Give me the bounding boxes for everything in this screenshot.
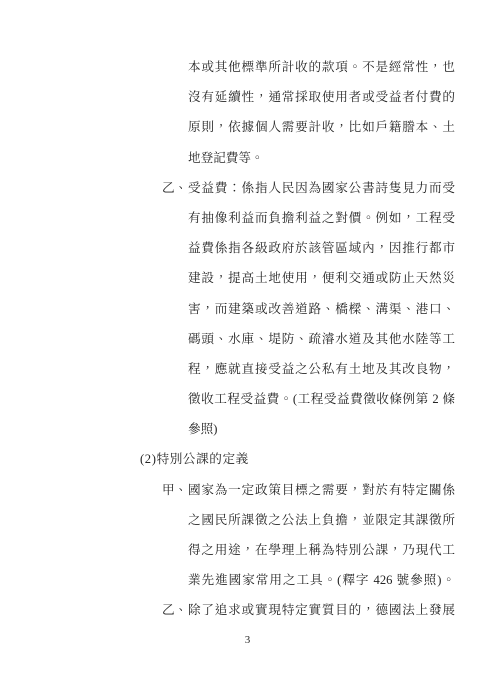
section-title: 特別公課的定義 — [157, 452, 249, 466]
paragraph-line: 徵收工程受益費。(工程受益費徵收條例第 2 條 — [188, 384, 455, 414]
list-item-jia-special-levy: 甲、 國家為一定政策目標之需要，對於有特定關係 — [162, 475, 470, 505]
paragraph-line: 得之用途，在學理上稱為特別公課，乃現代工 — [188, 535, 455, 565]
paragraph-line: 地登記費等。 — [188, 143, 455, 173]
list-item-text: 受益費：係指人民因為國家公書詩隻見力而受 — [188, 173, 455, 203]
list-item-yi-german-law: 乙、 除了追求或實現特定實質目的，德國法上發展 — [162, 595, 470, 625]
paragraph-line: 碼頭、水庫、堤防、疏濬水道及其他水陸等工 — [188, 324, 455, 354]
paragraph-line: 建設，提高土地使用，便利交通或防止天然災 — [188, 263, 455, 293]
paragraph-line: 之國民所課徵之公法上負擔，並限定其課徵所 — [188, 505, 455, 535]
list-item-text: 國家為一定政策目標之需要，對於有特定關係 — [188, 475, 455, 505]
list-marker: 乙、 — [162, 173, 188, 203]
paragraph-line: 程，應就直接受益之公私有土地及其改良物， — [188, 354, 455, 384]
paragraph-line: 參照) — [188, 414, 455, 444]
paragraph-line: 業先進國家常用之工具。(釋字 426 號參照)。 — [188, 565, 455, 595]
paragraph-line: 害，而建築或改善道路、橋樑、溝渠、港口、 — [188, 294, 455, 324]
paragraph-line: 原則，依據個人需要計收，比如戶籍謄本、土 — [188, 112, 455, 142]
paragraph-line: 有抽像利益而負擔利益之對價。例如，工程受 — [188, 203, 455, 233]
paragraph-line: 益費係指各級政府於該管區域內，因推行都市 — [188, 233, 455, 263]
list-item-yi-benefit-fee: 乙、 受益費：係指人民因為國家公書詩隻見力而受 — [162, 173, 470, 203]
list-marker: 乙、 — [162, 595, 188, 625]
list-item-text: 除了追求或實現特定實質目的，德國法上發展 — [188, 595, 455, 625]
paragraph-line: 本或其他標準所計收的款項。不是經常性，也 — [188, 52, 455, 82]
paragraph-line: 沒有延續性，通常採取使用者或受益者付費的 — [188, 82, 455, 112]
list-marker: 甲、 — [162, 475, 188, 505]
page-number: 3 — [0, 634, 495, 646]
section-number: (2) — [140, 452, 157, 466]
document-page: 本或其他標準所計收的款項。不是經常性，也 沒有延續性，通常採取使用者或受益者付費… — [0, 0, 495, 700]
document-body: 本或其他標準所計收的款項。不是經常性，也 沒有延續性，通常採取使用者或受益者付費… — [140, 52, 470, 626]
section-heading: (2)特別公課的定義 — [140, 444, 470, 474]
